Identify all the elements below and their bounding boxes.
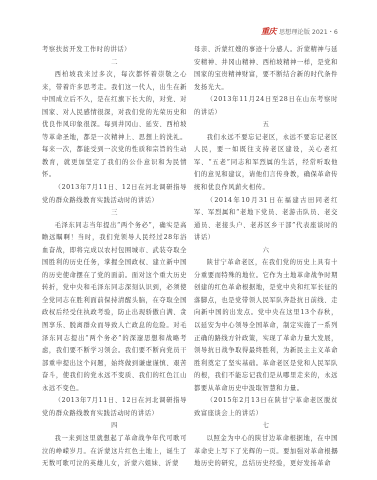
paragraph: 毛泽东同志当年提出“两个务必”，确实是高瞻远瞩啊！当时，我们党领导人民经过28年… bbox=[42, 220, 187, 396]
speech-source: （2013年11月24日至28日在山东考察时的讲话） bbox=[194, 94, 338, 119]
section-number: 七 bbox=[194, 420, 338, 433]
speech-source: （2013年7月11日、12日在河北调研指导党的群众路线教育实践活动时的讲话） bbox=[42, 182, 187, 207]
paragraph: 以照金为中心的陕甘边革命根据地，在中国革命史上写下了光辉的一页。要加强对革命根据… bbox=[194, 433, 338, 471]
journal-header: 重庆 思想理论版 2021・6 bbox=[261, 25, 338, 37]
speech-source: 考察扶贫开发工作时的讲话） bbox=[42, 44, 187, 57]
section-number: 四 bbox=[42, 420, 187, 433]
journal-issue: 思想理论版 2021・6 bbox=[279, 27, 338, 36]
speech-source: （2015年2月13日在陕甘宁革命老区脱贫致富座谈会上的讲话） bbox=[194, 395, 338, 420]
paragraph: 西柏坡我来过多次，每次都怀着崇敬之心来，带着许多思考走。我们这一代人，出生在新中… bbox=[42, 69, 187, 182]
speech-source: （2014年10月31日在福建古田同老红军、军烈属和“老地下党员、老游击队员、老… bbox=[194, 195, 338, 245]
section-number: 六 bbox=[194, 245, 338, 258]
journal-logo: 重庆 bbox=[261, 26, 276, 37]
left-column: 考察扶贫开发工作时的讲话）二西柏坡我来过多次，每次都怀着崇敬之心来，带着许多思考… bbox=[42, 44, 187, 471]
paragraph: 我们永远不要忘记老区，永远不要忘记老区人民，要一如既往支持老区建设，关心老红军、… bbox=[194, 132, 338, 195]
page-number: 5 bbox=[334, 447, 338, 455]
right-column: 母亲、沂蒙红嫂的事迹十分感人。沂蒙精神与延安精神、井冈山精神、西柏坡精神一样，是… bbox=[194, 44, 338, 471]
section-number: 二 bbox=[42, 57, 187, 70]
paragraph: 我一来到这里就想起了革命战争年代可歌可泣的峥嵘岁月。在沂蒙这片红色土地上，诞生了… bbox=[42, 433, 187, 471]
section-number: 五 bbox=[194, 119, 338, 132]
paragraph: 母亲、沂蒙红嫂的事迹十分感人。沂蒙精神与延安精神、井冈山精神、西柏坡精神一样，是… bbox=[194, 44, 338, 94]
section-number: 三 bbox=[42, 207, 187, 220]
paragraph: 陕甘宁革命老区，在我们党的历史上具有十分重要而特殊的地位。它作为土地革命战争时期… bbox=[194, 257, 338, 395]
speech-source: （2013年7月11日、12日在河北调研指导党的群众路线教育实践活动时的讲话） bbox=[42, 395, 187, 420]
